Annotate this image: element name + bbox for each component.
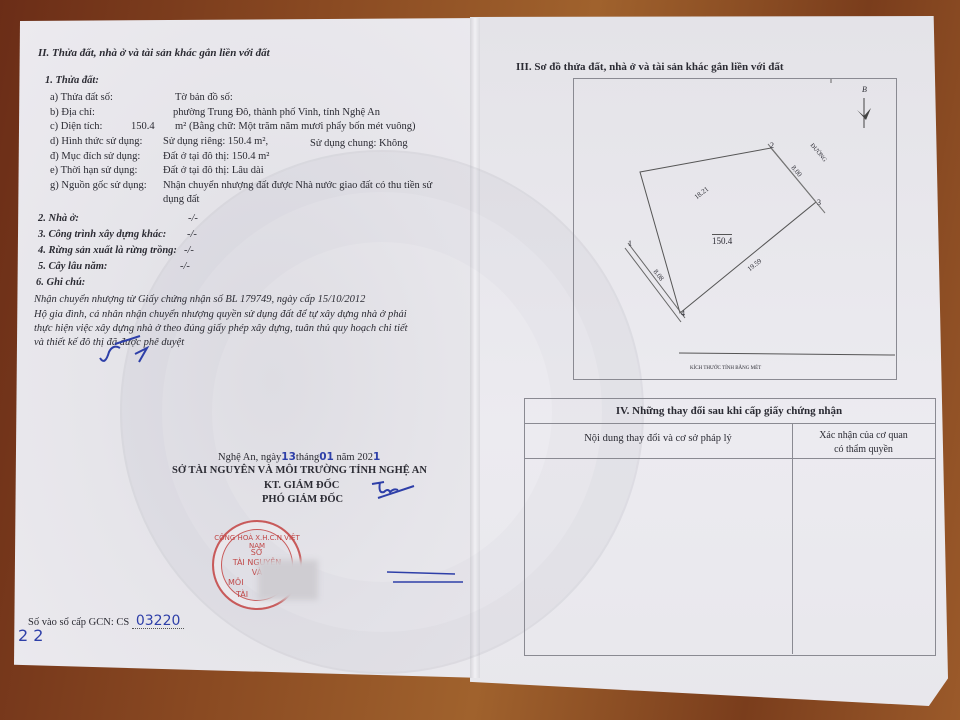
date-month-prefix: tháng: [296, 452, 319, 463]
item-house-label: 2. Nhà ở:: [38, 214, 79, 225]
field-value-map-sheet: Tờ bản đồ số:: [175, 93, 233, 104]
table-divider: [792, 423, 793, 654]
table-divider: [524, 423, 935, 424]
north-arrow-icon: [857, 98, 871, 128]
date-day: 13: [281, 451, 296, 463]
field-label-parcel: a) Thửa đất số:: [50, 93, 113, 104]
redacted-signature-area: [258, 560, 318, 600]
field-label-address: b) Địa chỉ:: [50, 108, 95, 119]
item-perennial-label: 5. Cây lâu năm:: [38, 262, 107, 273]
item-construction-value: -/-: [187, 230, 197, 241]
vertex-3-label: 3: [817, 199, 821, 207]
handwritten-check-mark: [95, 330, 165, 370]
vertex-4-label: 4: [681, 310, 685, 318]
scale-note: KÍCH THƯỚC TÍNH BẰNG MÉT: [690, 366, 761, 371]
field-value-address: phường Trung Đô, thành phố Vinh, tỉnh Ng…: [173, 108, 380, 119]
parcel-diagram: [573, 78, 895, 378]
handwritten-lines: [385, 568, 465, 588]
stamp-line-1: SỞ: [214, 548, 300, 557]
land-heading: 1. Thửa đất:: [45, 76, 99, 87]
section-iii-title: III. Sơ đồ thửa đất, nhà ở và tài sản kh…: [516, 62, 784, 73]
note-line-2: Hộ gia đình, cá nhân nhận chuyển nhượng …: [34, 310, 407, 321]
field-value-private-use: Sử dụng riêng: 150.4 m²,: [163, 137, 268, 148]
item-construction-label: 3. Công trình xây dựng khác:: [38, 230, 166, 241]
date-year-last: 1: [373, 451, 380, 463]
parcel-area-label: 150.4: [712, 234, 732, 246]
registry-label: Số vào sổ cấp GCN: CS: [28, 617, 129, 628]
field-value-area-words: m² (Bằng chữ: Một trăm năm mươi phẩy bốn…: [175, 122, 416, 133]
vertex-1-label: 1: [628, 240, 632, 248]
item-forest-value: -/-: [184, 246, 194, 257]
item-perennial-value: -/-: [180, 262, 190, 273]
signer-role-2: PHÓ GIÁM ĐỐC: [262, 495, 343, 506]
field-label-usage-form: d) Hình thức sử dụng:: [50, 137, 142, 148]
field-label-purpose: đ) Mục đích sử dụng:: [50, 152, 140, 163]
column-header-authority-line2: có thẩm quyền: [793, 445, 934, 455]
table-divider: [524, 458, 935, 459]
date-prefix: Nghệ An, ngày: [218, 452, 281, 463]
issuing-agency: SỞ TÀI NGUYÊN VÀ MÔI TRƯỜNG TỈNH NGHỆ AN: [172, 466, 427, 477]
section-ii-title: II. Thửa đất, nhà ở và tài sản khác gắn …: [38, 48, 270, 59]
item-notes-label: 6. Ghi chú:: [36, 278, 85, 289]
field-value-origin: Nhận chuyển nhượng đất được Nhà nước gia…: [163, 181, 432, 192]
signer-role-1: KT. GIÁM ĐỐC: [264, 481, 339, 492]
field-label-area: c) Diện tích:: [50, 122, 102, 133]
registry-line: Số vào sổ cấp GCN: CS 03220: [28, 614, 184, 629]
date-month: 01: [319, 451, 334, 463]
vertex-2-label: 2: [770, 142, 774, 150]
field-value-shared-use: Sử dụng chung: Không: [310, 139, 408, 150]
date-line: Nghệ An, ngày13tháng01 năm 2021: [218, 452, 380, 464]
column-header-authority-line1: Xác nhận của cơ quan: [793, 431, 934, 441]
field-label-origin: g) Nguồn gốc sử dụng:: [50, 181, 147, 192]
field-value-origin-cont: dụng đất: [163, 195, 199, 206]
date-year-prefix: năm 202: [337, 452, 373, 463]
field-value-term: Đất ở tại đô thị: Lâu dài: [163, 166, 264, 177]
registry-number: 03220: [136, 613, 181, 629]
director-signature: [370, 478, 420, 502]
stamp-line-5: TÀI: [236, 590, 248, 599]
item-house-value: -/-: [188, 214, 198, 225]
field-value-purpose: Đất ở tại đô thị: 150.4 m²: [163, 152, 269, 163]
field-label-term: e) Thời hạn sử dụng:: [50, 166, 137, 177]
note-line-1: Nhận chuyển nhượng từ Giấy chứng nhận số…: [34, 295, 365, 306]
note-line-3: thực hiện việc xây dựng nhà ở theo đúng …: [34, 324, 408, 335]
handwritten-registry-mark: 2 2: [18, 628, 43, 644]
field-value-area-number: 150.4: [131, 122, 155, 133]
stamp-line-4: MÔI: [228, 578, 244, 587]
item-forest-label: 4. Rừng sản xuất là rừng trồng:: [38, 246, 177, 257]
section-iv-title: IV. Những thay đổi sau khi cấp giấy chứn…: [524, 406, 934, 417]
north-label: B: [862, 86, 867, 94]
column-header-change-content: Nội dung thay đổi và cơ sở pháp lý: [524, 434, 792, 445]
